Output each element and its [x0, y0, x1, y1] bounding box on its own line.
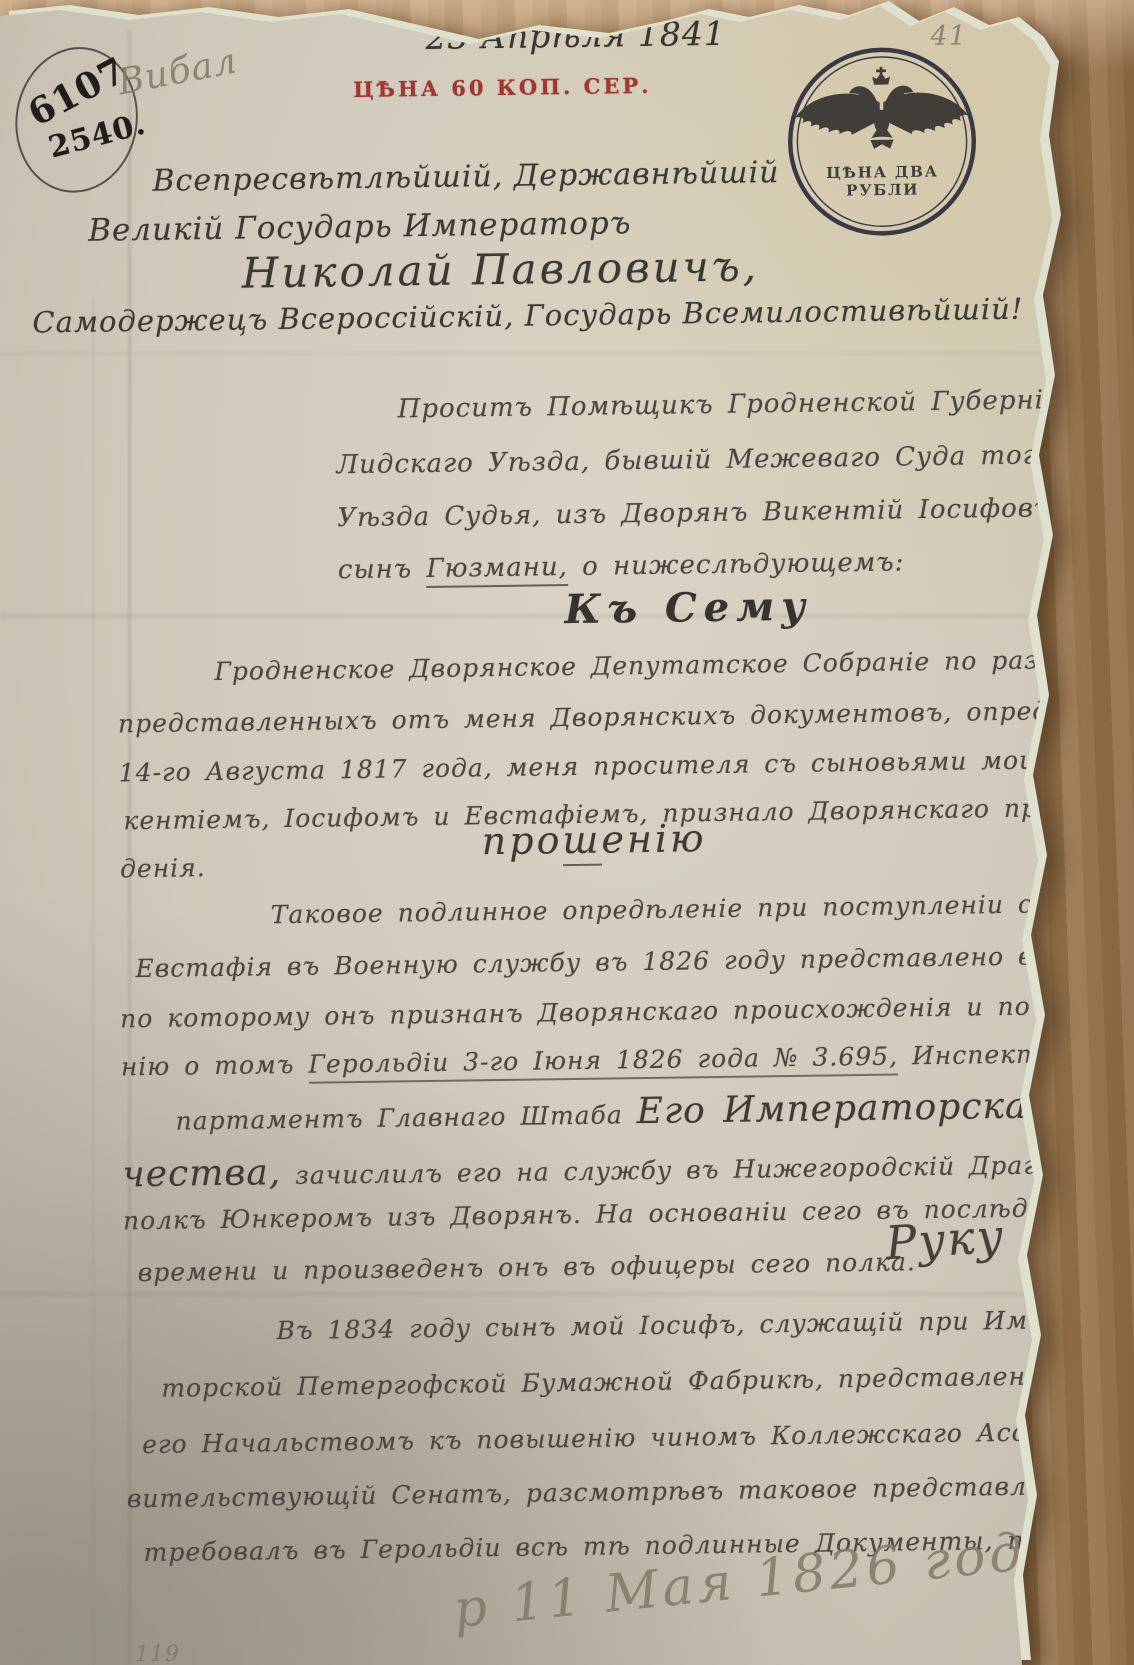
section-heading-proshenie: прошенію: [481, 816, 706, 863]
manuscript-text: нію о томъ: [121, 1050, 309, 1082]
manuscript-line: нію о томъ Герольдіи 3-го Іюня 1826 года…: [121, 1037, 1134, 1081]
manuscript-line: денія.: [120, 853, 206, 883]
manuscript-line: по которому онъ признанъ Дворянскаго про…: [120, 989, 1134, 1033]
manuscript-line: Гродненское Дворянское Депутатское Собра…: [214, 643, 1134, 686]
petition-intro-text: о нижеслѣдующемъ:: [568, 547, 905, 582]
manuscript-line: вительствующій Сенатъ, разсмотрѣвъ таков…: [127, 1470, 1134, 1513]
double-headed-eagle-icon: [795, 66, 969, 150]
section-heading-k-semu: Къ Сему: [564, 583, 812, 633]
petition-intro-line: Лидскаго Уѣзда, бывшій Межеваго Суда тог…: [336, 439, 1115, 480]
petition-intro-line: сынъ Гюзмани, о нижеслѣдующемъ:: [338, 547, 905, 585]
margin-annotation-ruku: Руку =: [884, 1205, 1064, 1271]
paper-sheet: 6107 2540. Вибал 23 Апрѣля 1841 41 ЦѢНА …: [0, 0, 1134, 1665]
corner-number: 119: [135, 1642, 180, 1665]
manuscript-line: чества, зачислилъ его на службу въ Нижег…: [122, 1140, 1127, 1195]
heading-text: енію: [601, 816, 707, 861]
manuscript-line: Евстафія въ Военную службу въ 1826 году …: [135, 939, 1134, 983]
document-page: 6107 2540. Вибал 23 Апрѣля 1841 41 ЦѢНА …: [0, 0, 1134, 1665]
petition-intro-line: Уѣзда Судья, изъ Дворянъ Викентій Іосифо…: [337, 493, 1052, 533]
petition-intro-text: сынъ: [338, 554, 427, 585]
red-price-stamp: ЦѢНА 60 КОП. СЕР.: [353, 73, 652, 102]
petitioner-surname: Гюзмани,: [426, 552, 568, 588]
invocation-line: Всепресвѣтлѣйшій, Державнѣйшій: [152, 155, 779, 199]
manuscript-line: торской Петергофской Бумажной Фабрикѣ, п…: [161, 1360, 1130, 1403]
petition-intro-line: Проситъ Помѣщикъ Гродненской Губерніи: [397, 385, 1061, 424]
invocation-line: Самодержецъ Всероссійскій, Государь Всем…: [32, 292, 1023, 340]
manuscript-line: 14-го Августа 1817 года, меня просителя …: [119, 744, 1134, 787]
manuscript-line: партаментъ Главнаго Штаба Его Императорс…: [175, 1083, 1134, 1138]
manuscript-line: представленныхъ отъ меня Дворянскихъ док…: [118, 694, 1134, 738]
stamp-price-line-2: РУБЛИ: [846, 181, 919, 200]
imperial-title-large-script: Его Императорскаго Вели-: [636, 1083, 1134, 1132]
manuscript-text: Инспекторскій Де-: [898, 1037, 1134, 1070]
revenue-stamp: ЦѢНА ДВА РУБЛИ: [783, 42, 982, 241]
manuscript-line: времени и произведенъ онъ въ офицеры сег…: [138, 1247, 917, 1287]
manuscript-line: его Начальствомъ къ повышенію чиномъ Кол…: [142, 1415, 1134, 1459]
manuscript-text: партаментъ Главнаго Штаба: [175, 1100, 636, 1135]
manuscript-line: Въ 1834 году сынъ мой Іосифъ, служащій п…: [276, 1305, 1103, 1346]
heading-underlined-letter: ш: [562, 818, 602, 867]
invocation-line: Великій Государь Императоръ: [88, 205, 632, 249]
imperial-title-large-script: чества,: [122, 1152, 281, 1195]
emperor-name-line: Николай Павловичъ,: [241, 241, 759, 297]
heading-text: про: [481, 818, 562, 863]
stamp-price-line-1: ЦѢНА ДВА: [826, 162, 939, 182]
pencil-scrawl: Вибал: [114, 40, 241, 103]
manuscript-line: Таковое подлинное опредѣленіе при поступ…: [271, 887, 1134, 929]
heraldry-reference-underlined: Герольдіи 3-го Іюня 1826 года № 3.695,: [308, 1041, 898, 1083]
manuscript-text: зачислилъ его на службу въ Нижегородскій…: [281, 1149, 1127, 1190]
date-annotation: 23 Апрѣля 1841: [425, 14, 726, 57]
